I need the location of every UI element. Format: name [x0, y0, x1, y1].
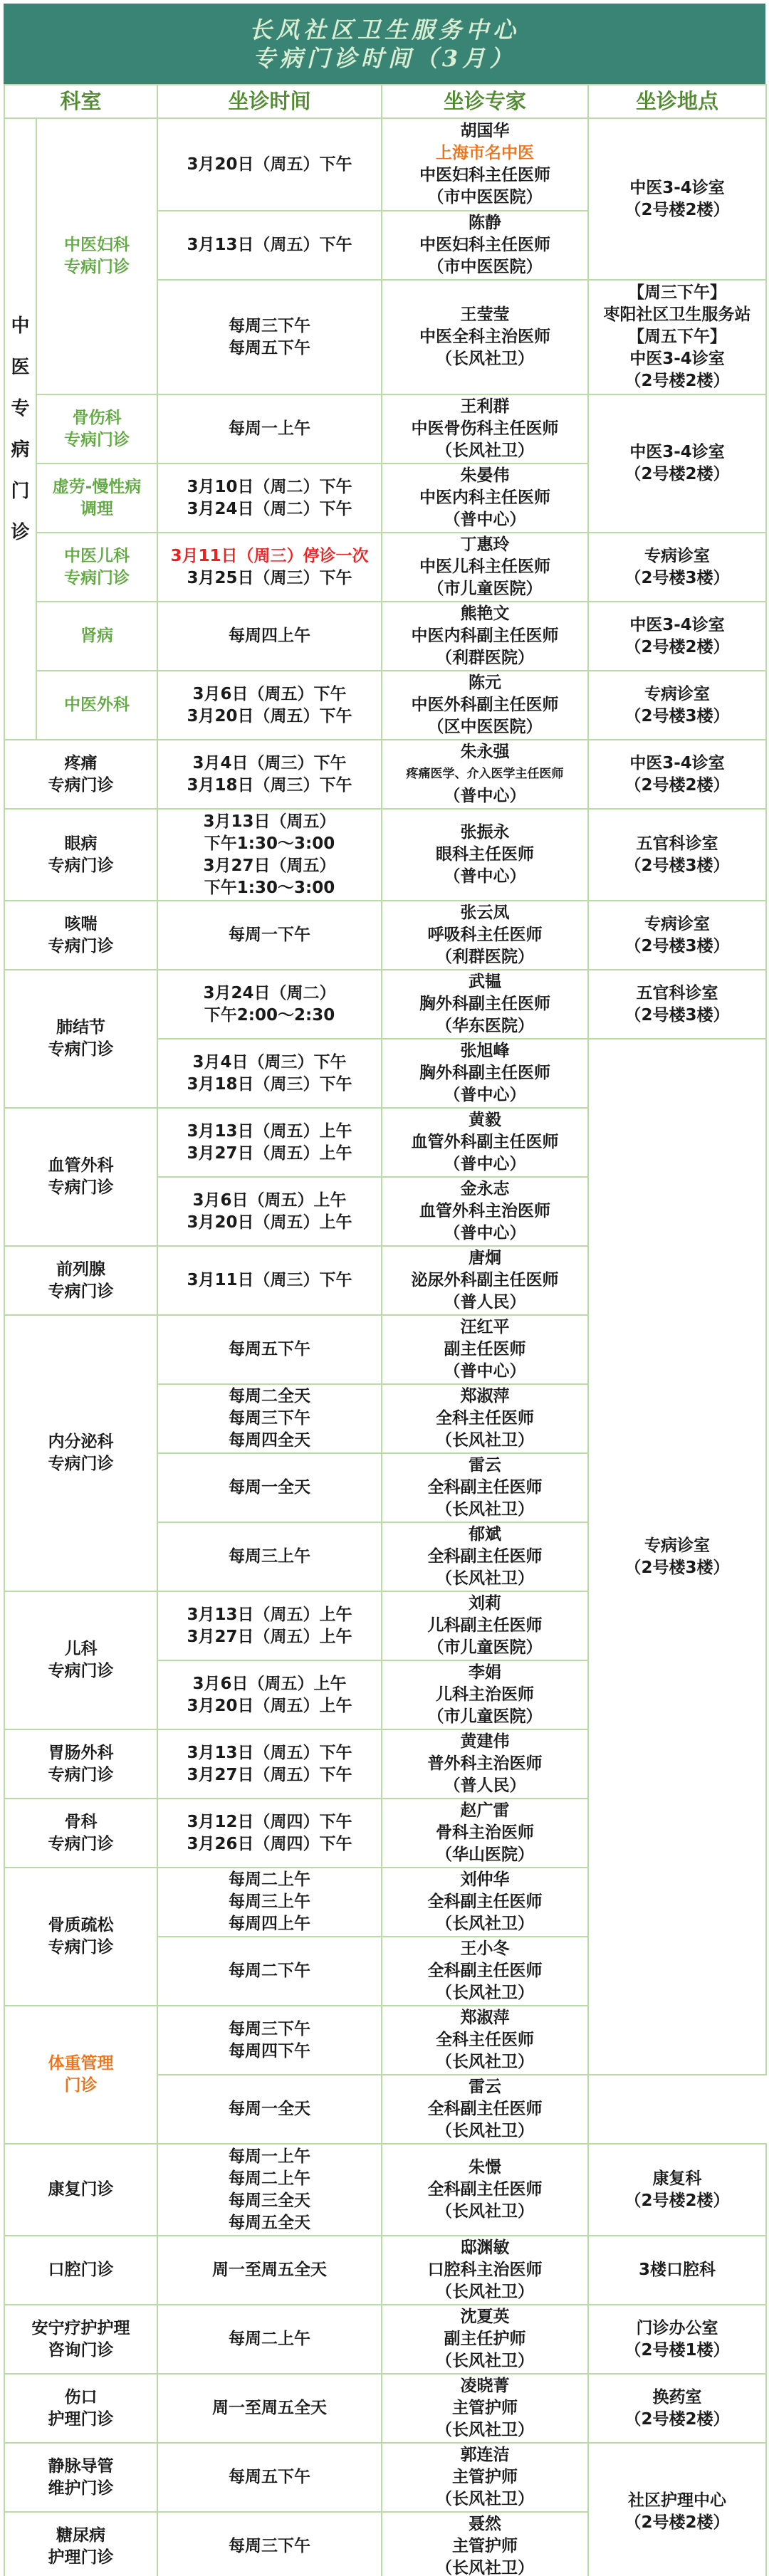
cell-text-line: （长风社卫）: [382, 1982, 587, 2004]
cell-text-line: 口腔门诊: [5, 2259, 157, 2281]
cell-text-line: 雷云: [382, 1455, 587, 1477]
expert-cell: 熊艳文中医内科副主任医师（利群医院）: [382, 602, 588, 671]
table-row: 疼痛专病门诊 3月4日（周三）下午3月18日（周三）下午 朱永强疼痛医学、介入医…: [4, 740, 766, 809]
cell-text-line: 全科副主任医师: [382, 2179, 587, 2201]
cell-text-line: 【周三下午】: [589, 282, 765, 304]
cell-text-line: 唐炯: [382, 1247, 587, 1269]
cell-text-line: （普中心）: [382, 1361, 587, 1383]
dept-cell: 血管外科专病门诊: [4, 1108, 157, 1246]
cell-text-line: （利群医院）: [382, 647, 587, 669]
dept-cell: 体重管理门诊: [4, 2006, 157, 2144]
cell-text-line: 普外科主治医师: [382, 1753, 587, 1775]
expert-cell: 黄毅血管外科副主任医师（普中心）: [382, 1108, 588, 1177]
expert-cell: 张旭峰胸外科副主任医师（普中心）: [382, 1039, 588, 1108]
cell-text-line: 副主任医师: [382, 1339, 587, 1361]
time-cell: 3月6日（周五）上午3月20日（周五）上午: [157, 1660, 382, 1729]
cell-text-line: 主管护师: [382, 2466, 587, 2488]
cell-text-line: 朱憬: [382, 2157, 587, 2179]
table-row: 咳喘专病门诊 每周一下午 张云凤呼吸科主任医师（利群医院） 专病诊室（2号楼3楼…: [4, 901, 766, 970]
cell-text-line: （2号楼2楼）: [589, 637, 765, 659]
cell-text-line: （华山医院）: [382, 1844, 587, 1866]
cell-text-line: （华东医院）: [382, 1015, 587, 1037]
cell-text-line: 枣阳社区卫生服务站: [589, 304, 765, 326]
cell-text-line: 金永志: [382, 1178, 587, 1200]
cell-text-line: 专病门诊: [5, 1177, 157, 1199]
cell-text-line: 咨询门诊: [5, 2340, 157, 2362]
cell-text-line: （2号楼2楼）: [589, 2190, 765, 2212]
cell-text-line: 陈静: [382, 212, 587, 234]
famous-doctor-badge: 上海市名中医: [382, 142, 587, 164]
location-cell: 五官科诊室（2号楼3楼）: [588, 970, 766, 1039]
cell-text-line: 每周二上午: [158, 1869, 381, 1891]
cell-text-line: 郁斌: [382, 1524, 587, 1546]
expert-cell: 丁惠玲中医儿科主任医师（市儿童医院）: [382, 533, 588, 602]
cell-text-line: 医: [5, 347, 36, 388]
cell-text-line: 3月24日（周二）: [158, 983, 381, 1005]
cell-text-line: 每周一上午: [158, 2146, 381, 2168]
location-cell: 门诊办公室（2号楼1楼）: [588, 2305, 766, 2374]
cell-text-line: 血管外科: [5, 1155, 157, 1177]
cell-text-line: 病: [5, 429, 36, 471]
location-cell: 中医3-4诊室（2号楼2楼）: [588, 394, 766, 533]
cell-text-line: 专病门诊: [5, 1281, 157, 1303]
expert-cell: 雷云全科副主任医师（长风社卫）: [382, 1453, 588, 1522]
location-cell: 中医3-4诊室（2号楼2楼）: [588, 740, 766, 809]
cell-text-line: （2号楼2楼）: [589, 2512, 765, 2534]
cell-text-line: （市中医医院）: [382, 256, 587, 278]
cell-text-line: （长风社卫）: [382, 2281, 587, 2303]
cell-text-line: 中医内科副主任医师: [382, 625, 587, 647]
time-cell: 3月13日（周五）下午1:30～3:003月27日（周五）下午1:30～3:00: [157, 809, 382, 901]
location-cell: 中医3-4诊室（2号楼2楼）: [588, 118, 766, 280]
expert-cell: 雷云全科副主任医师（长风社卫）: [382, 2075, 588, 2144]
time-cell: 3月12日（周四）下午3月26日（周四）下午: [157, 1799, 382, 1868]
dept-cell: 中医妇科专病门诊: [36, 118, 157, 394]
cell-text-line: 糖尿病: [5, 2525, 157, 2547]
cell-text-line: 五官科诊室: [589, 983, 765, 1005]
time-cell: 每周一下午: [157, 901, 382, 970]
cell-text-line: （普中心）: [382, 1222, 587, 1245]
cell-text-line: 全科副主任医师: [382, 1546, 587, 1568]
cell-text-line: 3月13日（周五）: [158, 811, 381, 833]
cell-text-line: 专病诊室: [589, 913, 765, 936]
cell-text-line: 每周五下午: [158, 2466, 381, 2488]
cell-text-line: 骨质疏松: [5, 1915, 157, 1937]
cell-text-line: 周一至周五全天: [158, 2259, 381, 2281]
cell-text-line: 专病门诊: [37, 256, 157, 278]
cell-text-line: 下午1:30～3:00: [158, 877, 381, 899]
time-cell: 3月13日（周五）下午3月27日（周五）下午: [157, 1729, 382, 1799]
time-cell: 3月13日（周五）上午3月27日（周五）上午: [157, 1591, 382, 1660]
cell-text-line: 血管外科主治医师: [382, 1200, 587, 1222]
cell-text-line: 疼痛医学、介入医学主任医师: [382, 763, 587, 785]
cell-text-line: 专: [5, 388, 36, 429]
cell-text-line: （2号楼3楼）: [589, 1005, 765, 1027]
table-row: 康复门诊 每周一上午每周二上午每周三全天每周五全天 朱憬全科副主任医师（长风社卫…: [4, 2144, 766, 2236]
cell-text-line: 中医外科: [37, 694, 157, 716]
cell-text-line: 全科副主任医师: [382, 2098, 587, 2120]
cell-text-line: （长风社卫）: [382, 440, 587, 462]
cell-text-line: 每周五下午: [158, 1339, 381, 1361]
cell-text-line: 3月20日（周五）下午: [158, 154, 381, 176]
dept-cell: 眼病专病门诊: [4, 809, 157, 901]
cell-text-line: 每周三全天: [158, 2190, 381, 2212]
expert-cell: 刘莉儿科副主任医师（市儿童医院）: [382, 1591, 588, 1660]
table-row: 骨伤科专病门诊 每周一上午 王利群中医骨伤科主任医师（长风社卫） 中医3-4诊室…: [4, 394, 766, 464]
time-cell: 3月20日（周五）下午: [157, 118, 382, 211]
col-header-location: 坐诊地点: [588, 85, 766, 118]
cell-text-line: 3月13日（周五）下午: [158, 1742, 381, 1764]
cell-text-line: 每周三上午: [158, 1891, 381, 1913]
location-cell: 康复科（2号楼2楼）: [588, 2144, 766, 2236]
expert-cell: 聂然主管护师（长风社卫）: [382, 2512, 588, 2576]
cell-text-line: 诊: [5, 512, 36, 553]
cell-text-line: 眼病: [5, 833, 157, 855]
cell-text-line: 每周三下午: [158, 1408, 381, 1430]
col-header-time: 坐诊时间: [157, 85, 382, 118]
expert-cell: 胡国华上海市名中医中医妇科主任医师（市中医医院）: [382, 118, 588, 211]
cell-text-line: 护理门诊: [5, 2409, 157, 2431]
schedule-table: 科室 坐诊时间 坐诊专家 坐诊地点 中医专病门诊 中医妇科专病门诊 3月20日（…: [4, 84, 767, 2576]
expert-cell: 唐炯泌尿外科副主任医师（普人民）: [382, 1246, 588, 1315]
cell-text-line: （长风社卫）: [382, 2557, 587, 2576]
cell-text-line: 每周二下午: [158, 1960, 381, 1982]
cell-text-line: 儿科: [5, 1638, 157, 1660]
expert-cell: 朱永强疼痛医学、介入医学主任医师（普中心）: [382, 740, 588, 809]
cell-text-line: 社区护理中心: [589, 2490, 765, 2512]
expert-cell: 陈静中医妇科主任医师（市中医医院）: [382, 211, 588, 280]
cell-text-line: （普中心）: [382, 509, 587, 531]
location-cell: 五官科诊室（2号楼3楼）: [588, 809, 766, 901]
cell-text-line: （长风社卫）: [382, 1913, 587, 1935]
dept-cell: 康复门诊: [4, 2144, 157, 2236]
time-cell: 每周三下午每周四下午: [157, 2006, 382, 2075]
cell-text-line: 刘仲华: [382, 1869, 587, 1891]
cell-text-line: 中医妇科主任医师: [382, 234, 587, 256]
cell-text-line: 咳喘: [5, 913, 157, 936]
time-cell: 每周二全天每周三下午每周四全天: [157, 1384, 382, 1453]
cell-text-line: （市儿童医院）: [382, 1706, 587, 1728]
dept-cell: 内分泌科专病门诊: [4, 1315, 157, 1591]
expert-cell: 赵广雷骨科主治医师（华山医院）: [382, 1799, 588, 1868]
dept-cell: 肺结节专病门诊: [4, 970, 157, 1108]
table-row: 静脉导管维护门诊 每周五下午 郭连洁主管护师（长风社卫） 社区护理中心（2号楼2…: [4, 2443, 766, 2512]
cell-text-line: 专病门诊: [5, 1764, 157, 1786]
cell-text-line: 康复门诊: [5, 2179, 157, 2201]
cell-text-line: （2号楼3楼）: [589, 706, 765, 728]
location-cell: 【周三下午】枣阳社区卫生服务站【周五下午】中医3-4诊室（2号楼2楼）: [588, 280, 766, 394]
cell-text-line: 胸外科副主任医师: [382, 993, 587, 1015]
cell-text-line: 中医全科主治医师: [382, 326, 587, 348]
cell-text-line: 每周五下午: [158, 337, 381, 360]
cell-text-line: 专病门诊: [5, 1937, 157, 1959]
cell-text-line: 朱晏伟: [382, 465, 587, 487]
table-row: 安宁疗护护理咨询门诊 每周二上午 沈夏英副主任护师（长风社卫） 门诊办公室（2号…: [4, 2305, 766, 2374]
expert-cell: 刘仲华全科副主任医师（长风社卫）: [382, 1868, 588, 1937]
cell-text-line: 张云凤: [382, 902, 587, 924]
cell-text-line: 内分泌科: [5, 1431, 157, 1453]
cell-text-line: 凌晓菁: [382, 2375, 587, 2397]
expert-cell: 王小冬全科副主任医师（长风社卫）: [382, 1937, 588, 2006]
cell-text-line: 专病门诊: [37, 567, 157, 590]
cell-text-line: 王莹莹: [382, 304, 587, 326]
cell-text-line: 泌尿外科副主任医师: [382, 1269, 587, 1292]
dept-cell: 疼痛专病门诊: [4, 740, 157, 809]
cell-text-line: 肾病: [37, 625, 157, 647]
time-cell: 3月6日（周五）下午3月20日（周五）下午: [157, 671, 382, 740]
cell-text-line: （2号楼3楼）: [589, 567, 765, 590]
dept-cell: 肾病: [36, 602, 157, 671]
dept-cell: 糖尿病护理门诊: [4, 2512, 157, 2576]
time-cell: 3月11日（周三）下午: [157, 1246, 382, 1315]
time-cell: 每周五下午: [157, 1315, 382, 1384]
location-cell: 3楼口腔科: [588, 2236, 766, 2305]
cell-text-line: 每周四上午: [158, 1913, 381, 1935]
cell-text-line: 丁惠玲: [382, 534, 587, 556]
cell-text-line: 下午2:00～2:30: [158, 1005, 381, 1027]
location-cell: 专病诊室（2号楼3楼）: [588, 533, 766, 602]
cell-text-line: 骨伤科: [37, 407, 157, 429]
cell-text-line: 门诊办公室: [589, 2318, 765, 2340]
cell-text-line: （2号楼3楼）: [589, 936, 765, 958]
cell-text-line: 黄建伟: [382, 1731, 587, 1753]
cell-text-line: 每周三下午: [158, 2019, 381, 2041]
dept-cell: 中医儿科专病门诊: [36, 533, 157, 602]
time-cell: 3月11日（周三）停诊一次3月25日（周三）下午: [157, 533, 382, 602]
cell-text-line: 张旭峰: [382, 1040, 587, 1062]
cell-text-line: 中: [5, 305, 36, 347]
cell-text-line: 专病门诊: [37, 429, 157, 451]
cell-text-line: 口腔科主治医师: [382, 2259, 587, 2281]
cell-text-line: 胸外科副主任医师: [382, 1062, 587, 1084]
suspension-notice: 3月11日（周三）停诊一次: [158, 545, 381, 567]
time-cell: 3月4日（周三）下午3月18日（周三）下午: [157, 740, 382, 809]
cell-text-line: 每周二上午: [158, 2328, 381, 2350]
cell-text-line: （长风社卫）: [382, 1499, 587, 1521]
cell-text-line: （普人民）: [382, 1292, 587, 1314]
time-cell: 每周三下午每周五下午: [157, 280, 382, 394]
time-cell: 3月6日（周五）上午3月20日（周五）上午: [157, 1177, 382, 1246]
cell-text-line: 3月27日（周五）: [158, 855, 381, 877]
cell-text-line: （长风社卫）: [382, 2419, 587, 2441]
time-cell: 每周一全天: [157, 2075, 382, 2144]
title-line-2: 专病门诊时间（3月）: [253, 44, 516, 73]
cell-text-line: 五官科诊室: [589, 833, 765, 855]
cell-text-line: 全科主任医师: [382, 1408, 587, 1430]
cell-text-line: 3月25日（周三）下午: [158, 567, 381, 590]
time-cell: 每周三下午: [157, 2512, 382, 2576]
cell-text-line: 专病门诊: [5, 775, 157, 797]
location-cell: 专病诊室（2号楼3楼）: [588, 901, 766, 970]
cell-text-line: 王利群: [382, 396, 587, 418]
cell-text-line: 3月13日（周五）上午: [158, 1121, 381, 1143]
cell-text-line: 沈夏英: [382, 2306, 587, 2328]
expert-cell: 李娟儿科主治医师（市儿童医院）: [382, 1660, 588, 1729]
expert-cell: 郁斌全科副主任医师（长风社卫）: [382, 1522, 588, 1591]
cell-text-line: 每周四下午: [158, 2041, 381, 2063]
cell-text-line: 3月4日（周三）下午: [158, 1052, 381, 1074]
cell-text-line: 每周二全天: [158, 1386, 381, 1408]
location-cell-shared: 专病诊室（2号楼3楼）: [588, 1039, 766, 2075]
cell-text-line: 3月20日（周五）下午: [158, 706, 381, 728]
cell-text-line: 中医3-4诊室: [589, 177, 765, 199]
cell-text-line: 每周四全天: [158, 1430, 381, 1452]
cell-text-line: （普中心）: [382, 866, 587, 888]
cell-text-line: 3月18日（周三）下午: [158, 775, 381, 797]
cell-text-line: 门: [5, 471, 36, 512]
title-banner: 长风社区卫生服务中心 专病门诊时间（3月）: [4, 4, 765, 84]
cell-text-line: 专病门诊: [5, 1660, 157, 1682]
cell-text-line: （2号楼2楼）: [589, 2409, 765, 2431]
cell-text-line: （市中医医院）: [382, 187, 587, 209]
cell-text-line: 陈元: [382, 672, 587, 694]
cell-text-line: 中医儿科主任医师: [382, 556, 587, 578]
expert-cell: 张振永眼科主任医师（普中心）: [382, 809, 588, 901]
cell-text-line: 3月27日（周五）下午: [158, 1764, 381, 1786]
cell-text-line: 康复科: [589, 2168, 765, 2190]
cell-text-line: 3月11日（周三）下午: [158, 1269, 381, 1292]
cell-text-line: 专病门诊: [5, 1833, 157, 1855]
dept-cell: 骨科专病门诊: [4, 1799, 157, 1868]
cell-text-line: （长风社卫）: [382, 2350, 587, 2372]
dept-cell: 虚劳-慢性病调理: [36, 464, 157, 533]
cell-text-line: 主管护师: [382, 2535, 587, 2557]
cell-text-line: 全科副主任医师: [382, 1891, 587, 1913]
cell-text-line: 专病门诊: [5, 1039, 157, 1061]
cell-text-line: （市儿童医院）: [382, 1637, 587, 1659]
time-cell: 3月13日（周五）下午: [157, 211, 382, 280]
cell-text-line: 调理: [37, 498, 157, 520]
time-cell: 每周一上午: [157, 394, 382, 464]
cell-text-line: （长风社卫）: [382, 2120, 587, 2142]
title-line-1: 长风社区卫生服务中心: [249, 16, 520, 44]
cell-text-line: （长风社卫）: [382, 348, 587, 370]
col-header-expert: 坐诊专家: [382, 85, 588, 118]
time-cell: 3月24日（周二）下午2:00～2:30: [157, 970, 382, 1039]
time-cell: 3月4日（周三）下午3月18日（周三）下午: [157, 1039, 382, 1108]
cell-text-line: 门诊: [5, 2075, 157, 2097]
cell-text-line: 3月4日（周三）下午: [158, 753, 381, 775]
table-row: 中医专病门诊 中医妇科专病门诊 3月20日（周五）下午 胡国华上海市名中医中医妇…: [4, 118, 766, 211]
cell-text-line: 中医外科副主任医师: [382, 694, 587, 716]
time-cell: 每周四上午: [157, 602, 382, 671]
cell-text-line: 张振永: [382, 822, 587, 844]
cell-text-line: 血管外科副主任医师: [382, 1131, 587, 1153]
cell-text-line: 疼痛: [5, 753, 157, 775]
cell-text-line: 护理门诊: [5, 2547, 157, 2569]
cell-text-line: （长风社卫）: [382, 2488, 587, 2510]
cell-text-line: 周一至周五全天: [158, 2397, 381, 2419]
cell-text-line: 全科主任医师: [382, 2029, 587, 2051]
cell-text-line: 安宁疗护护理: [5, 2318, 157, 2340]
cell-text-line: （市儿童医院）: [382, 578, 587, 600]
location-cell: 换药室（2号楼2楼）: [588, 2374, 766, 2443]
table-row: 眼病专病门诊 3月13日（周五）下午1:30～3:003月27日（周五）下午1:…: [4, 809, 766, 901]
time-cell: 3月10日（周二）下午3月24日（周二）下午: [157, 464, 382, 533]
table-row: 中医儿科专病门诊 3月11日（周三）停诊一次3月25日（周三）下午 丁惠玲中医儿…: [4, 533, 766, 602]
cell-text-line: （2号楼2楼）: [589, 464, 765, 486]
time-cell: 周一至周五全天: [157, 2374, 382, 2443]
cell-text-line: 胡国华: [382, 120, 587, 142]
cell-text-line: 王小冬: [382, 1938, 587, 1960]
cell-text-line: （区中医医院）: [382, 716, 587, 738]
cell-text-line: 3月12日（周四）下午: [158, 1811, 381, 1833]
location-cell: 社区护理中心（2号楼2楼）: [588, 2443, 766, 2576]
cell-text-line: 中医内科主任医师: [382, 487, 587, 509]
cell-text-line: 3月10日（周二）下午: [158, 476, 381, 498]
cell-text-line: （长风社卫）: [382, 1568, 587, 1590]
time-cell: 每周一上午每周二上午每周三全天每周五全天: [157, 2144, 382, 2236]
cell-text-line: 武韫: [382, 971, 587, 993]
cell-text-line: 中医3-4诊室: [589, 614, 765, 637]
cell-text-line: 肺结节: [5, 1017, 157, 1039]
cell-text-line: （2号楼3楼）: [589, 855, 765, 877]
dept-cell: 儿科专病门诊: [4, 1591, 157, 1729]
cell-text-line: 雷云: [382, 2076, 587, 2098]
location-cell: 中医3-4诊室（2号楼2楼）: [588, 602, 766, 671]
cell-text-line: 呼吸科主任医师: [382, 924, 587, 946]
location-cell: 专病诊室（2号楼3楼）: [588, 671, 766, 740]
dept-cell: 胃肠外科专病门诊: [4, 1729, 157, 1799]
expert-cell: 金永志血管外科主治医师（普中心）: [382, 1177, 588, 1246]
cell-text-line: 每周一下午: [158, 924, 381, 946]
cell-text-line: 郑淑萍: [382, 2007, 587, 2029]
cell-text-line: 【周五下午】: [589, 326, 765, 348]
cell-text-line: 3月13日（周五）上午: [158, 1604, 381, 1626]
cell-text-line: 专病诊室: [589, 1535, 765, 1557]
cell-text-line: 黄毅: [382, 1109, 587, 1131]
dept-cell: 中医外科: [36, 671, 157, 740]
cell-text-line: （2号楼2楼）: [589, 775, 765, 797]
cell-text-line: 每周三下午: [158, 2535, 381, 2557]
cell-text-line: 骨科: [5, 1811, 157, 1833]
cell-text-line: 中医3-4诊室: [589, 348, 765, 370]
cell-text-line: 3月26日（周四）下午: [158, 1833, 381, 1855]
dept-cell: 前列腺专病门诊: [4, 1246, 157, 1315]
time-cell: 3月13日（周五）上午3月27日（周五）上午: [157, 1108, 382, 1177]
expert-cell: 郑淑萍全科主任医师（长风社卫）: [382, 1384, 588, 1453]
cell-text-line: 全科副主任医师: [382, 1477, 587, 1499]
expert-cell: 凌晓菁主管护师（长风社卫）: [382, 2374, 588, 2443]
expert-cell: 汪红平副主任医师（普中心）: [382, 1315, 588, 1384]
cell-text-line: 中医骨伤科主任医师: [382, 418, 587, 440]
cell-text-line: 伤口: [5, 2387, 157, 2409]
cell-text-line: 聂然: [382, 2513, 587, 2535]
expert-cell: 王利群中医骨伤科主任医师（长风社卫）: [382, 394, 588, 464]
table-row: 肺结节专病门诊 3月24日（周二）下午2:00～2:30 武韫胸外科副主任医师（…: [4, 970, 766, 1039]
cell-text-line: （长风社卫）: [382, 2051, 587, 2073]
col-header-dept: 科室: [4, 85, 157, 118]
cell-text-line: 静脉导管: [5, 2456, 157, 2478]
cell-text-line: 虚劳-慢性病: [37, 476, 157, 498]
cell-text-line: 中医妇科主任医师: [382, 164, 587, 187]
cell-text-line: 换药室: [589, 2387, 765, 2409]
expert-cell: 沈夏英副主任护师（长风社卫）: [382, 2305, 588, 2374]
cell-text-line: （普中心）: [382, 785, 587, 807]
cell-text-line: （普中心）: [382, 1153, 587, 1176]
cell-text-line: 每周三下午: [158, 315, 381, 337]
dept-cell: 口腔门诊: [4, 2236, 157, 2305]
cell-text-line: 邸渊敏: [382, 2237, 587, 2259]
cell-text-line: 专病门诊: [5, 936, 157, 958]
cell-text-line: 刘莉: [382, 1593, 587, 1615]
cell-text-line: 副主任护师: [382, 2328, 587, 2350]
cell-text-line: （长风社卫）: [382, 2201, 587, 2223]
cell-text-line: 赵广雷: [382, 1800, 587, 1822]
dept-cell: 安宁疗护护理咨询门诊: [4, 2305, 157, 2374]
cell-text-line: 3月27日（周五）上午: [158, 1626, 381, 1648]
cell-text-line: 3月20日（周五）上午: [158, 1695, 381, 1717]
